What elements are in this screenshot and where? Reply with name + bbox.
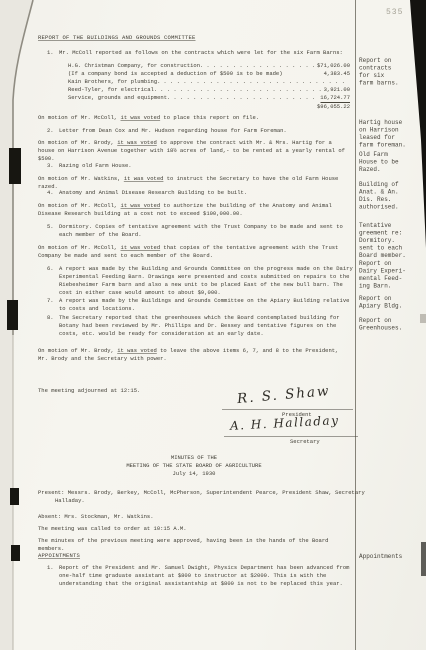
margin-note-contracts: Report on contracts for six farm barns. [359, 57, 409, 87]
binder-mark [9, 148, 21, 184]
report-item-6: 6. A report was made by the Building and… [38, 265, 359, 297]
absent-label: Absent: [38, 514, 61, 520]
item-text: The Secretary reported that the greenhou… [59, 314, 359, 338]
minutes-title-line1: MINUTES OF THE [38, 454, 350, 462]
scan-edge-smudge [421, 542, 426, 576]
present-line: Present: Messrs. Brody, Berkey, McColl, … [38, 489, 367, 505]
item-text: Razing old Farm House. [59, 162, 359, 170]
margin-note-dairy-barn: Report on Dairy Experi- mental Feed- ing… [359, 260, 409, 290]
motion-paragraph-6: On motion of Mr. Brody, it was voted to … [38, 347, 350, 363]
dot-leader: . . . . . . . . . . . . . . . . . . . . … [163, 78, 347, 86]
report-item-2: 2. Letter from Dean Cox and Mr. Hudson r… [38, 127, 359, 135]
item-text: Report of the President and Mr. Samuel D… [59, 564, 359, 588]
contract-row: Reed-Tyler, for electrical. . . . . . . … [68, 86, 350, 94]
item-number: 8. [47, 314, 59, 338]
absent-names: Mrs. Stockman, Mr. Watkins. [61, 514, 153, 520]
motion-text: On motion of Mr. Brody, [38, 140, 117, 146]
margin-note-anatomy-building: Building of Anat. & An. Dis. Res. author… [359, 181, 409, 211]
motion-paragraph-2: On motion of Mr. Brody, it was voted to … [38, 139, 350, 163]
item-number: 5. [47, 223, 59, 239]
item-text: A report was made by the Buildings and G… [59, 297, 359, 313]
present-label: Present: [38, 490, 64, 496]
margin-notes-column: Report on contracts for six farm barns. … [359, 0, 409, 650]
scanned-document-page: 535 REPORT OF THE BUILDINGS AND GROUNDS … [0, 0, 426, 650]
contract-label: (If a company bond is accepted a deducti… [68, 70, 283, 78]
minutes-title-block: MINUTES OF THE MEETING OF THE STATE BOAR… [38, 454, 350, 478]
item-number: 1. [47, 49, 59, 57]
margin-note-greenhouses: Report on Greenhouses. [359, 317, 409, 332]
contract-amount: 3,921.00 [324, 86, 350, 94]
item-number: 3. [47, 162, 59, 170]
it-was-voted: it was voted [121, 203, 161, 209]
secretary-label: Secretary [290, 438, 320, 446]
margin-note-hartig-house: Hartig house on Harrison leased for farm… [359, 119, 409, 149]
scan-edge-wedge [410, 0, 426, 248]
called-to-order-line: The meeting was called to order at 10:15… [38, 525, 350, 533]
report-item-4: 4. Anatomy and Animal Disease Research B… [38, 189, 359, 197]
motion-paragraph-5: On motion of Mr. McColl, it was voted th… [38, 244, 350, 260]
absent-line: Absent: Mrs. Stockman, Mr. Watkins. [38, 513, 367, 521]
it-was-voted: it was voted [124, 176, 164, 182]
margin-note-apiary: Report on Apiary Bldg. [359, 295, 409, 310]
binder-mark [10, 488, 19, 505]
motion-paragraph-4: On motion of Mr. McColl, it was voted to… [38, 202, 350, 218]
item-number: 7. [47, 297, 59, 313]
motion-paragraph-1: On motion of Mr. McColl, it was voted to… [38, 114, 350, 122]
contract-row: Service, grounds and equipment. . . . . … [68, 94, 350, 103]
contract-label: Service, grounds and equipment. [68, 94, 170, 102]
dot-leader: . . . . . . . . . . . . . . . . . . . . … [173, 94, 317, 102]
margin-note-old-farm-house: Old Farm House to be Razed. [359, 151, 409, 174]
scan-edge-smudge [420, 314, 426, 323]
report-item-7: 7. A report was made by the Buildings an… [38, 297, 359, 313]
contract-row: H.G. Christman Company, for construction… [68, 62, 350, 70]
dot-leader: . . . . . . . . . . . . . . . . . . . . … [160, 86, 320, 94]
minutes-approved-line: The minutes of the previous meeting were… [38, 537, 350, 553]
it-was-voted: it was voted [121, 115, 161, 121]
appointments-heading: APPOINTMENTS [38, 552, 350, 560]
item-number: 4. [47, 189, 59, 197]
motion-text: On motion of Mr. Brody, [38, 348, 117, 354]
report-heading: REPORT OF THE BUILDINGS AND GROUNDS COMM… [38, 34, 350, 42]
contract-total-row: $96,055.22 [68, 103, 350, 111]
motion-text: to place this report on file. [160, 115, 259, 121]
item-text: Anatomy and Animal Disease Research Buil… [59, 189, 359, 197]
contract-amount: 16,724.77 [320, 94, 350, 103]
motion-text: On motion of Mr. McColl, [38, 245, 121, 251]
contract-row: Kain Brothers, for plumbing. . . . . . .… [68, 78, 350, 86]
item-text: Mr. McColl reported as follows on the co… [59, 49, 359, 57]
contract-label: H.G. Christman Company, for construction… [68, 62, 203, 70]
item-text: A report was made by the Building and Gr… [59, 265, 359, 297]
item-number: 6. [47, 265, 59, 297]
contract-amount: 4,383.45 [324, 70, 350, 78]
motion-text: On motion of Mr. Watkins, [38, 176, 124, 182]
motion-text: On motion of Mr. McColl, [38, 203, 121, 209]
contract-row: (If a company bond is accepted a deducti… [68, 70, 350, 78]
report-item-5: 5. Dormitory. Copies of tentative agreem… [38, 223, 359, 239]
report-item-1: 1. Mr. McColl reported as follows on the… [38, 49, 359, 57]
appointment-item-1: 1. Report of the President and Mr. Samue… [38, 564, 359, 588]
margin-note-appointments: Appointments [359, 553, 409, 561]
it-was-voted: it was voted [117, 140, 157, 146]
contract-amount: $71,026.00 [317, 62, 350, 70]
contracts-table: H.G. Christman Company, for construction… [38, 62, 350, 111]
item-text: Letter from Dean Cox and Mr. Hudson rega… [59, 127, 359, 135]
binding-shadow-strip [0, 0, 33, 650]
item-number: 2. [47, 127, 59, 135]
report-item-3: 3. Razing old Farm House. [38, 162, 359, 170]
item-number: 1. [47, 564, 59, 588]
minutes-title-line2: MEETING OF THE STATE BOARD OF AGRICULTUR… [38, 462, 350, 470]
it-was-voted: it was voted [121, 245, 161, 251]
main-text-column: REPORT OF THE BUILDINGS AND GROUNDS COMM… [38, 0, 350, 650]
binder-mark [11, 545, 20, 561]
item-text: Dormitory. Copies of tentative agreement… [59, 223, 359, 239]
minutes-date: July 14, 1930 [38, 470, 350, 478]
motion-text: On motion of Mr. McColl, [38, 115, 121, 121]
present-names: Messrs. Brody, Berkey, McColl, McPherson… [55, 490, 365, 504]
binder-mark [7, 300, 18, 330]
margin-note-dormitory: Tentative greement re: Dormitory. sent t… [359, 222, 409, 260]
page-curl-line [13, 0, 33, 335]
it-was-voted: it was voted [117, 348, 157, 354]
president-signature-line [222, 409, 353, 410]
contract-total-amount: $96,055.22 [317, 103, 350, 111]
contract-label: Reed-Tyler, for electrical. [68, 86, 157, 94]
secretary-signature-line [224, 436, 358, 437]
secretary-signature: A. H. Halladay [230, 416, 340, 430]
contract-label: Kain Brothers, for plumbing. [68, 78, 160, 86]
report-item-8: 8. The Secretary reported that the green… [38, 314, 359, 338]
dot-leader: . . . . . . . . . . . . . . . . . . . . … [206, 62, 314, 70]
president-signature: R. S. Shaw [237, 387, 331, 403]
